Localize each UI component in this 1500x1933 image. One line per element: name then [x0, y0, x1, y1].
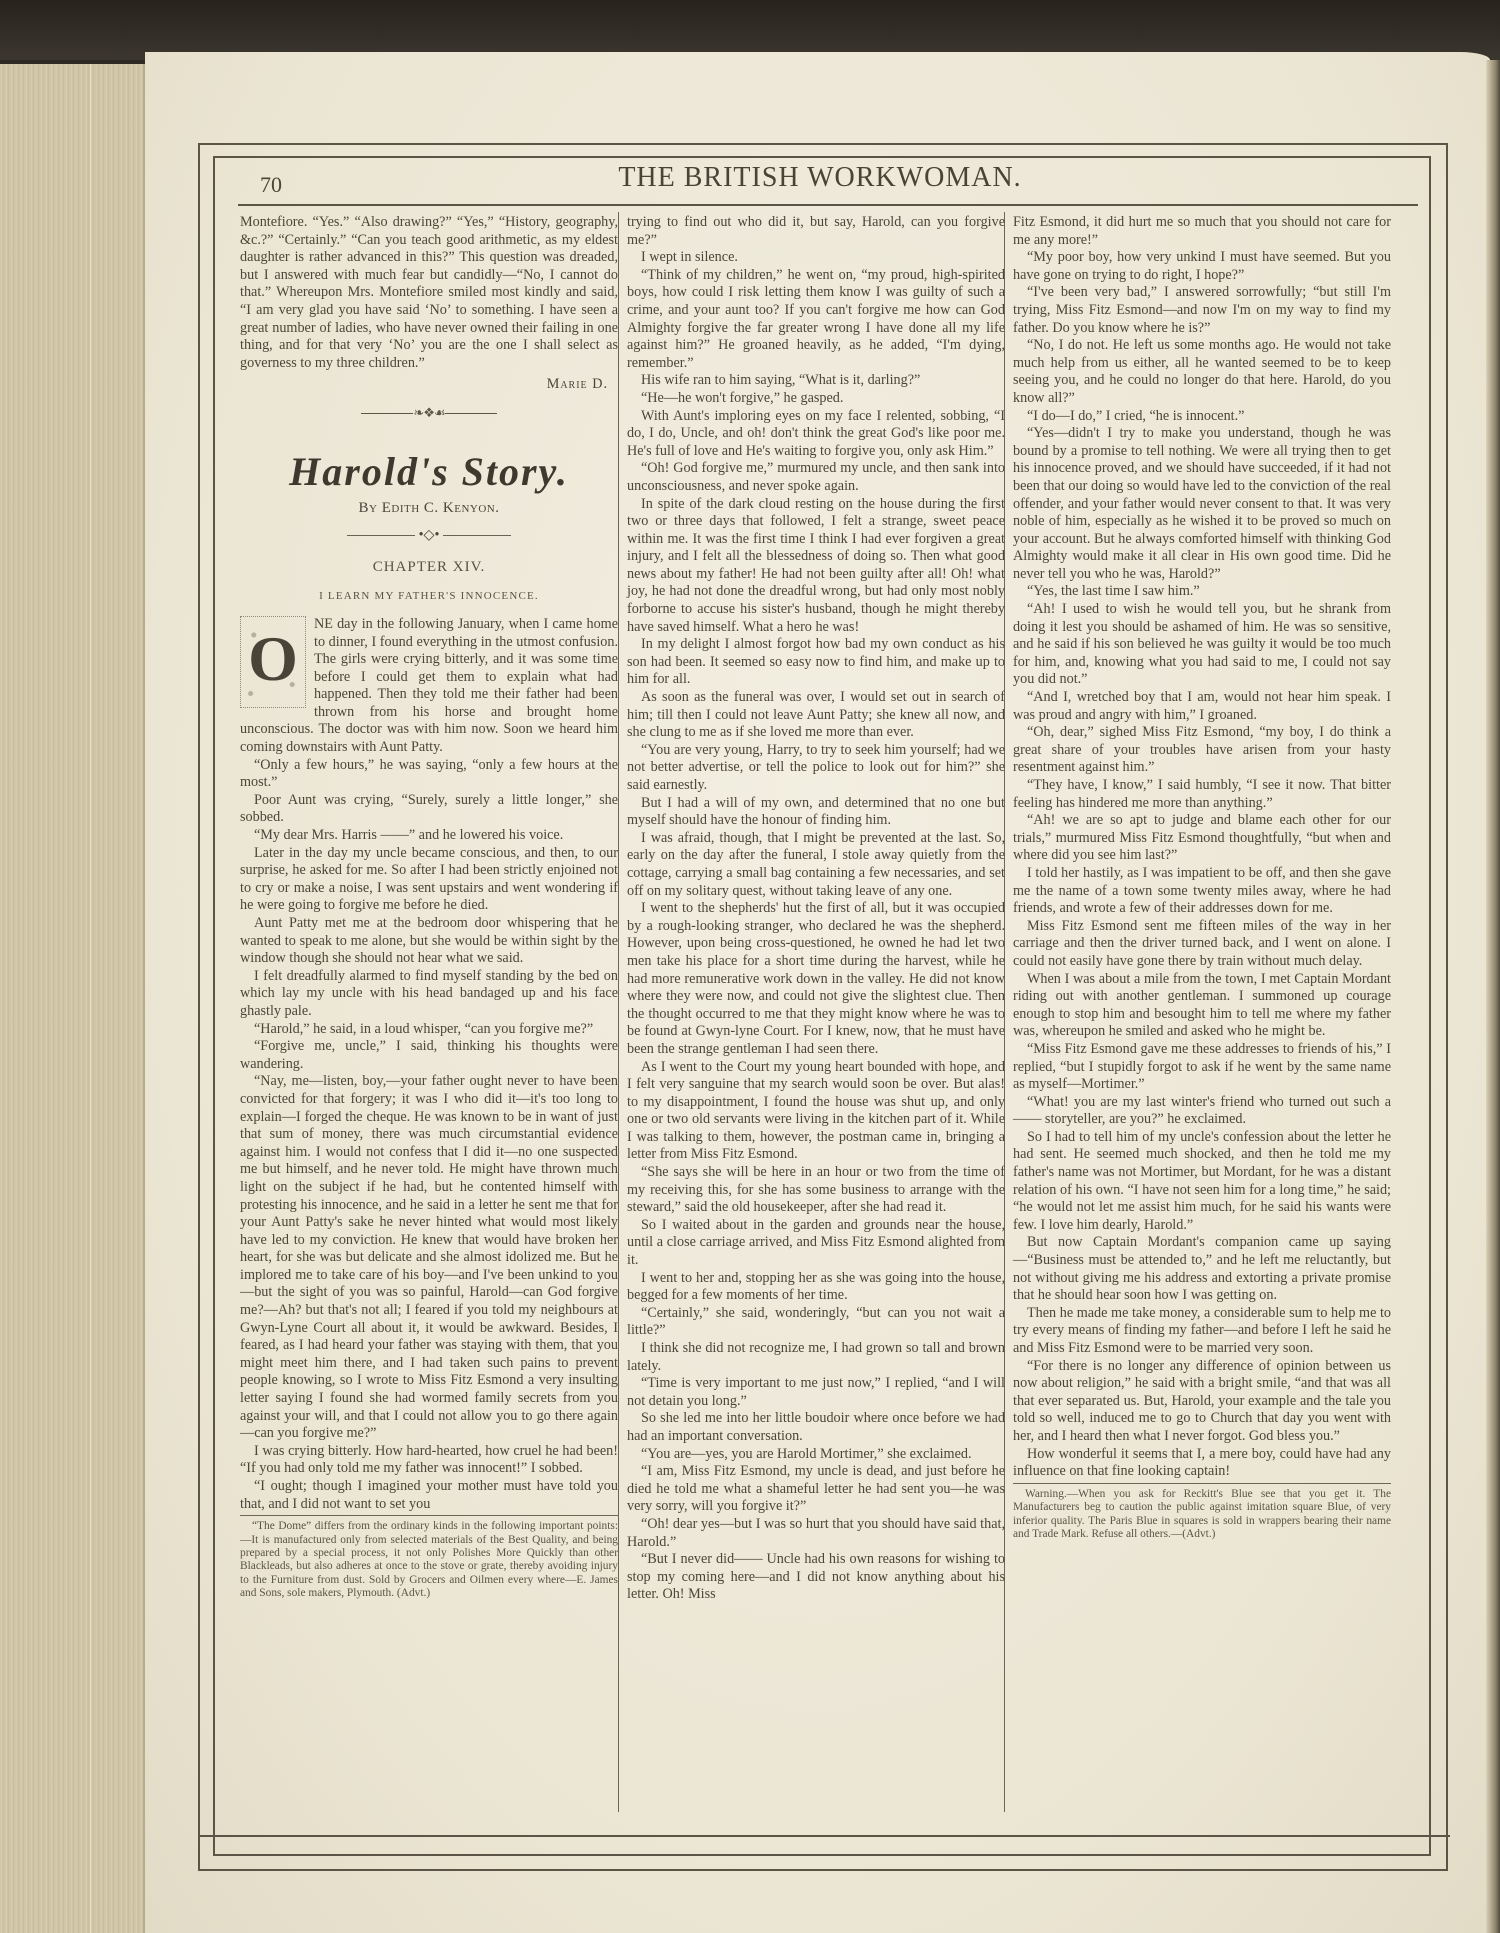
- scanner-background: [0, 0, 1500, 60]
- paragraph: I was afraid, though, that I might be pr…: [627, 830, 1005, 900]
- chapter-subtitle: I learn my father's innocence.: [240, 588, 618, 606]
- paragraph: “What! you are my last winter's friend w…: [1013, 1094, 1391, 1129]
- column-1: Montefiore. “Yes.” “Also drawing?” “Yes,…: [240, 214, 618, 1601]
- paragraph: “No, I do not. He left us some months ag…: [1013, 337, 1391, 407]
- book-page-edge-right: [1486, 60, 1500, 1933]
- paragraph: “For there is no longer any difference o…: [1013, 1358, 1391, 1446]
- paragraph: How wonderful it seems that I, a mere bo…: [1013, 1446, 1391, 1481]
- paragraph: “She says she will be here in an hour or…: [627, 1164, 1005, 1217]
- paragraph: “Ah! we are so apt to judge and blame ea…: [1013, 812, 1391, 865]
- paragraph: “I am, Miss Fitz Esmond, my uncle is dea…: [627, 1463, 1005, 1516]
- paragraph: I told her hastily, as I was impatient t…: [1013, 865, 1391, 918]
- paragraph: “Only a few hours,” he was saying, “only…: [240, 757, 618, 792]
- paragraph: So I waited about in the garden and grou…: [627, 1217, 1005, 1270]
- paragraph: “Nay, me—listen, boy,—your father ought …: [240, 1073, 618, 1442]
- paragraph: But now Captain Mordant's companion came…: [1013, 1234, 1391, 1304]
- bottom-rule: [200, 1835, 1450, 1837]
- advertisement-text: Warning.—When you ask for Reckitt's Blue…: [1013, 1488, 1391, 1542]
- paragraph: “I do—I do,” I cried, “he is innocent.”: [1013, 408, 1391, 426]
- paragraph: Aunt Patty met me at the bedroom door wh…: [240, 915, 618, 968]
- paragraph: When I was about a mile from the town, I…: [1013, 971, 1391, 1041]
- column-3: Fitz Esmond, it did hurt me so much that…: [1013, 214, 1391, 1541]
- author-signature: Marie D.: [240, 376, 608, 394]
- paragraph: “My dear Mrs. Harris ——” and he lowered …: [240, 827, 618, 845]
- paragraph: His wife ran to him saying, “What is it,…: [627, 372, 1005, 390]
- paragraph: In my delight I almost forgot how bad my…: [627, 636, 1005, 689]
- paragraph: “But I never did—— Uncle had his own rea…: [627, 1551, 1005, 1604]
- paragraph: So I had to tell him of my uncle's confe…: [1013, 1129, 1391, 1235]
- book-page-stack-left: [0, 64, 145, 1933]
- advertisement-the-dome: “The Dome” differs from the ordinary kin…: [240, 1515, 618, 1600]
- paragraph: “Harold,” he said, in a loud whisper, “c…: [240, 1021, 618, 1039]
- paragraph: I went to her and, stopping her as she w…: [627, 1270, 1005, 1305]
- paragraph: I felt dreadfully alarmed to find myself…: [240, 968, 618, 1021]
- story-byline: By Edith C. Kenyon.: [240, 500, 618, 518]
- paragraph: Then he made me take money, a considerab…: [1013, 1305, 1391, 1358]
- paragraph: Fitz Esmond, it did hurt me so much that…: [1013, 214, 1391, 249]
- byline-ornament: •◇•: [240, 527, 618, 545]
- paragraph: Poor Aunt was crying, “Surely, surely a …: [240, 792, 618, 827]
- paragraph: Later in the day my uncle became conscio…: [240, 845, 618, 915]
- paragraph: So she led me into her little boudoir wh…: [627, 1410, 1005, 1445]
- ornamental-dropcap-icon: O: [240, 616, 306, 708]
- paragraph: In spite of the dark cloud resting on th…: [627, 496, 1005, 637]
- paragraph: With Aunt's imploring eyes on my face I …: [627, 408, 1005, 461]
- paragraph: “Miss Fitz Esmond gave me these addresse…: [1013, 1041, 1391, 1094]
- column-divider: [618, 212, 619, 1812]
- paragraph: “Yes—didn't I try to make you understand…: [1013, 425, 1391, 583]
- paragraph: “I've been very bad,” I answered sorrowf…: [1013, 284, 1391, 337]
- paragraph: Miss Fitz Esmond sent me fifteen miles o…: [1013, 918, 1391, 971]
- paragraph: I wept in silence.: [627, 249, 1005, 267]
- paragraph: “They have, I know,” I said humbly, “I s…: [1013, 777, 1391, 812]
- paragraph: “He—he won't forgive,” he gasped.: [627, 390, 1005, 408]
- paragraph: I was crying bitterly. How hard-hearted,…: [240, 1443, 618, 1478]
- paragraph: “Oh, dear,” sighed Miss Fitz Esmond, “my…: [1013, 724, 1391, 777]
- paragraph: “Time is very important to me just now,”…: [627, 1375, 1005, 1410]
- paragraph: trying to find out who did it, but say, …: [627, 214, 1005, 249]
- header-rule: [238, 204, 1418, 206]
- previous-article-continuation: Montefiore. “Yes.” “Also drawing?” “Yes,…: [240, 214, 618, 372]
- paragraph: “I ought; though I imagined your mother …: [240, 1478, 618, 1513]
- column-2: trying to find out who did it, but say, …: [627, 214, 1005, 1604]
- page-header: 70 THE BRITISH WORKWOMAN.: [230, 160, 1410, 204]
- chapter-heading: CHAPTER XIV.: [240, 559, 618, 577]
- paragraph: “Yes, the last time I saw him.”: [1013, 583, 1391, 601]
- paragraph: “You are—yes, you are Harold Mortimer,” …: [627, 1446, 1005, 1464]
- paragraph: I went to the shepherds' hut the first o…: [627, 900, 1005, 1058]
- paragraph: “Forgive me, uncle,” I said, thinking hi…: [240, 1038, 618, 1073]
- paragraph: But I had a will of my own, and determin…: [627, 795, 1005, 830]
- advertisement-text: “The Dome” differs from the ordinary kin…: [240, 1520, 618, 1600]
- paragraph: “Think of my children,” he went on, “my …: [627, 267, 1005, 373]
- masthead-title: THE BRITISH WORKWOMAN.: [230, 162, 1410, 194]
- paragraph: “You are very young, Harry, to try to se…: [627, 742, 1005, 795]
- advertisement-reckitts-blue: Warning.—When you ask for Reckitt's Blue…: [1013, 1483, 1391, 1542]
- paragraph: I think she did not recognize me, I had …: [627, 1340, 1005, 1375]
- section-ornament: ❧❖☙: [240, 404, 618, 422]
- paragraph: As soon as the funeral was over, I would…: [627, 689, 1005, 742]
- paragraph: “And I, wretched boy that I am, would no…: [1013, 689, 1391, 724]
- story-title: Harold's Story.: [240, 448, 618, 496]
- paragraph: “Certainly,” she said, wonderingly, “but…: [627, 1305, 1005, 1340]
- paragraph: “Oh! dear yes—but I was so hurt that you…: [627, 1516, 1005, 1551]
- paragraph: “My poor boy, how very unkind I must hav…: [1013, 249, 1391, 284]
- paragraph: As I went to the Court my young heart bo…: [627, 1059, 1005, 1165]
- paragraph: “Ah! I used to wish he would tell you, b…: [1013, 601, 1391, 689]
- paragraph: “Oh! God forgive me,” murmured my uncle,…: [627, 460, 1005, 495]
- opening-paragraph: O NE day in the following January, when …: [240, 616, 618, 757]
